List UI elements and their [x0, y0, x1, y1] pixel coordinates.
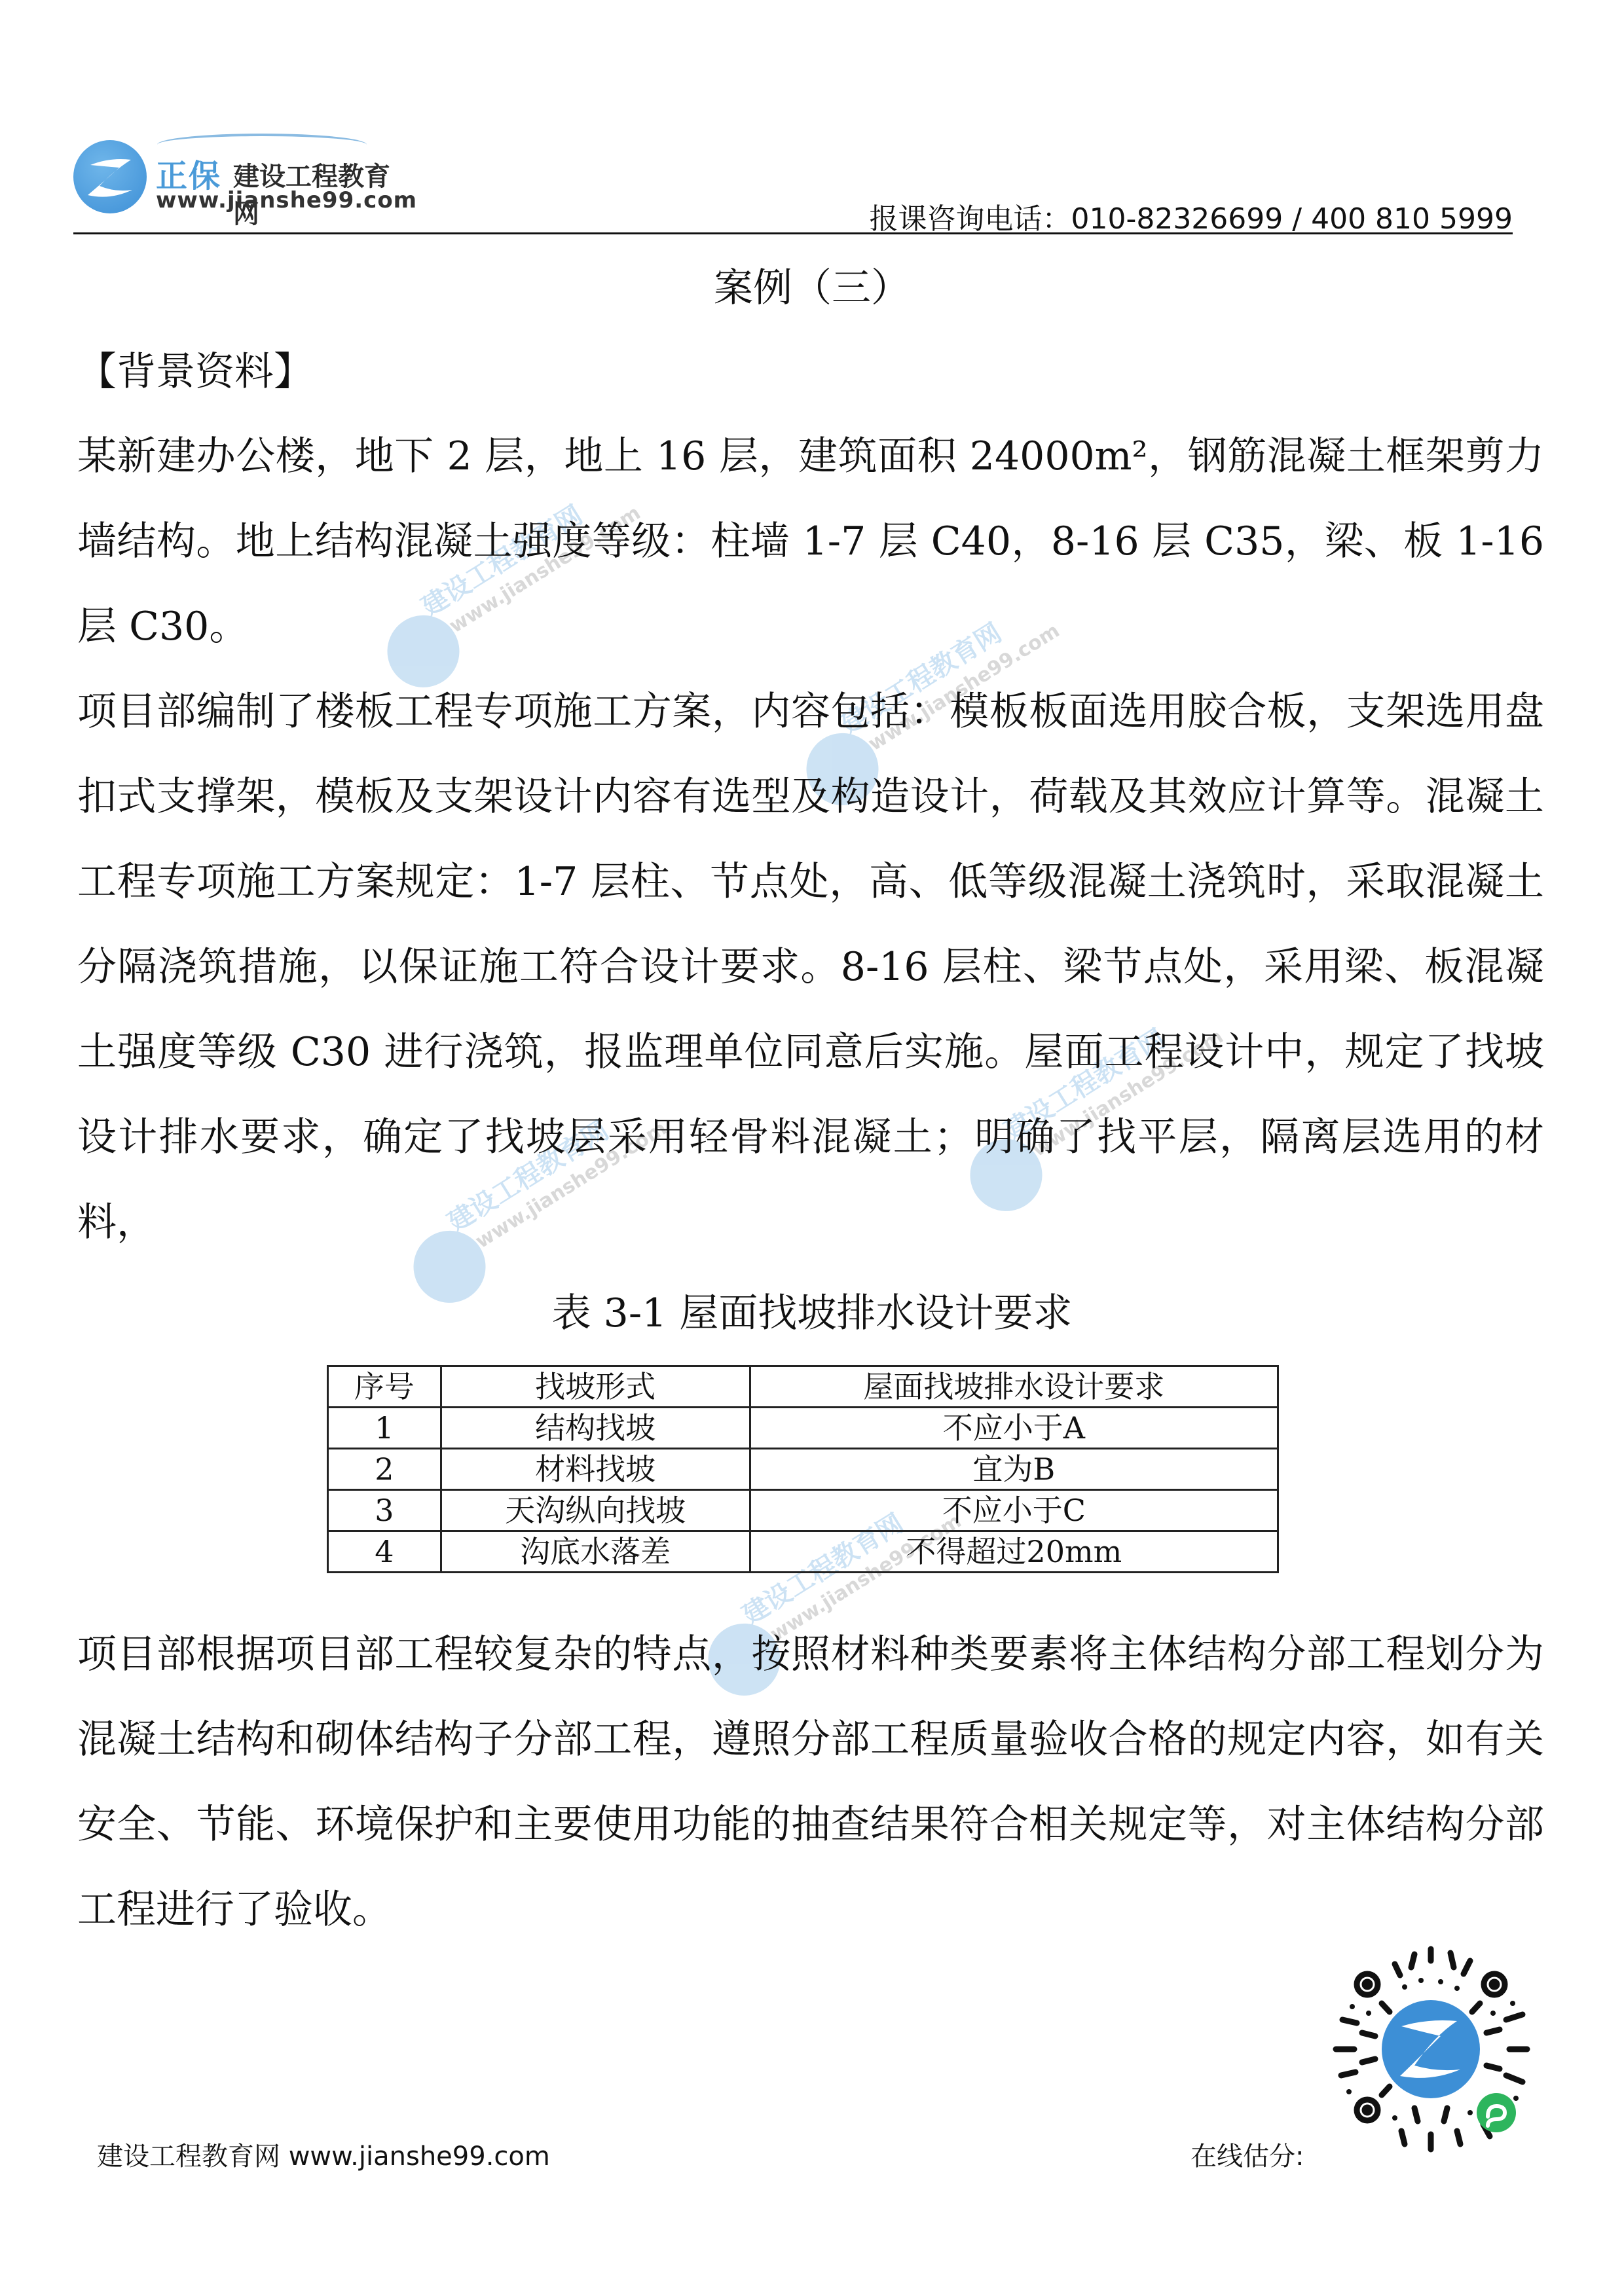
- paragraph-acceptance: 项目部根据项目部工程较复杂的特点，按照材料种类要素将主体结构分部工程划分为混凝土…: [77, 1612, 1544, 1952]
- cell-index: 3: [328, 1490, 441, 1531]
- cell-slope-type: 结构找坡: [441, 1408, 750, 1449]
- column-header-slope-type: 找坡形式: [441, 1366, 750, 1408]
- paragraph-background: 某新建办公楼，地下 2 层，地上 16 层，建筑面积 24000m²，钢筋混凝土…: [77, 414, 1544, 669]
- section-heading: 【背景资料】: [77, 340, 313, 397]
- column-header-index: 序号: [328, 1366, 441, 1408]
- phone-label: 报课咨询电话：: [869, 202, 1071, 236]
- cell-slope-type: 沟底水落差: [441, 1531, 750, 1573]
- cell-index: 4: [328, 1531, 441, 1573]
- table-row: 1 结构找坡 不应小于A: [328, 1408, 1278, 1449]
- cell-index: 2: [328, 1449, 441, 1490]
- page-title: 案例（三）: [0, 257, 1624, 313]
- cell-requirement: 不应小于C: [750, 1490, 1278, 1531]
- footer-site-link[interactable]: 建设工程教育网 www.jianshe99.com: [97, 2136, 550, 2173]
- table-row: 2 材料找坡 宜为B: [328, 1449, 1278, 1490]
- wechat-mini-program-badge-icon: [1477, 2093, 1516, 2132]
- logo-site-url: www.jianshe99.com: [156, 187, 417, 213]
- cell-slope-type: 天沟纵向找坡: [441, 1490, 750, 1531]
- table-header-row: 序号 找坡形式 屋面找坡排水设计要求: [328, 1366, 1278, 1408]
- consult-phone: 报课咨询电话：010-82326699 / 400 810 5999: [869, 195, 1513, 237]
- logo-z-icon: [73, 140, 147, 213]
- table-row: 4 沟底水落差 不得超过20mm: [328, 1531, 1278, 1573]
- table-caption: 表 3-1 屋面找坡排水设计要求: [0, 1282, 1624, 1338]
- table-row: 3 天沟纵向找坡 不应小于C: [328, 1490, 1278, 1531]
- phone-numbers: 010-82326699 / 400 810 5999: [1071, 202, 1513, 236]
- cell-requirement: 宜为B: [750, 1449, 1278, 1490]
- cell-requirement: 不应小于A: [750, 1408, 1278, 1449]
- footer-score-label: 在线估分:: [1190, 2136, 1304, 2173]
- site-logo[interactable]: 正保 建设工程教育网 www.jianshe99.com: [73, 131, 414, 216]
- cell-requirement: 不得超过20mm: [750, 1531, 1278, 1573]
- column-header-requirement: 屋面找坡排水设计要求: [750, 1366, 1278, 1408]
- header-divider: [73, 232, 1513, 234]
- paragraph-construction-plan: 项目部编制了楼板工程专项施工方案，内容包括：模板板面选用胶合板，支架选用盘扣式支…: [77, 669, 1544, 1265]
- cell-index: 1: [328, 1408, 441, 1449]
- mini-program-qr-code-icon[interactable]: [1323, 1941, 1539, 2157]
- roof-slope-table: 序号 找坡形式 屋面找坡排水设计要求 1 结构找坡 不应小于A 2 材料找坡 宜…: [327, 1365, 1279, 1573]
- cell-slope-type: 材料找坡: [441, 1449, 750, 1490]
